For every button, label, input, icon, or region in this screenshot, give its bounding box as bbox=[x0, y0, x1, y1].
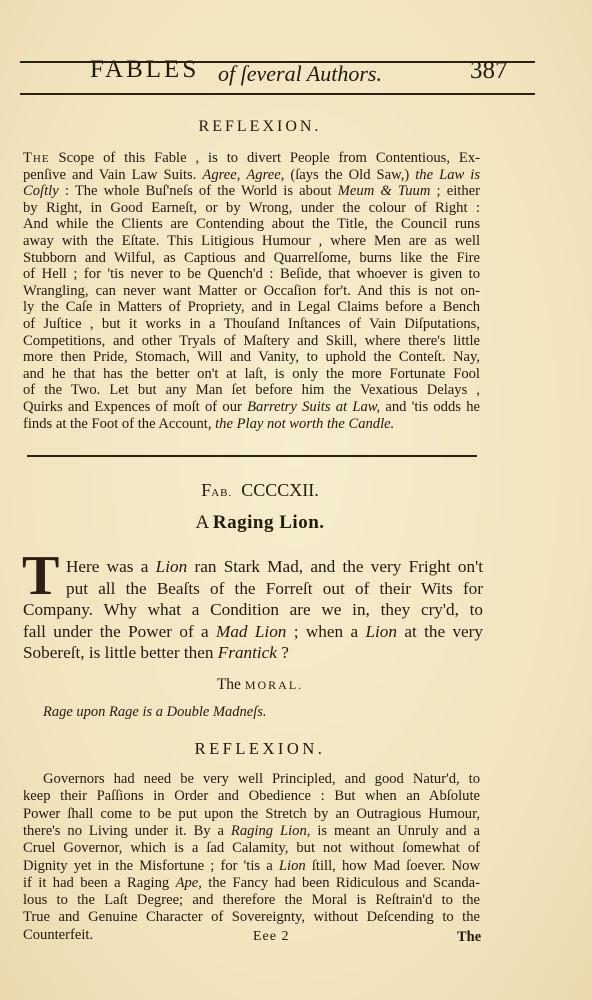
reflexion-heading-1: REFLEXION. bbox=[0, 118, 520, 136]
running-head-title: FABLES bbox=[90, 56, 199, 84]
drop-cap: T bbox=[22, 552, 64, 600]
text-line: fall under the Power of a Mad Lion ; whe… bbox=[23, 621, 483, 643]
moral-heading: The MORAL. bbox=[0, 676, 520, 694]
text-line: Dignity yet in the Misfortune ; for 'tis… bbox=[23, 857, 480, 876]
text-line: Power ſhall come to be put upon the Stre… bbox=[23, 805, 480, 824]
fable-title-blackletter: Raging Lion. bbox=[213, 512, 325, 533]
text-line: Sobereſt, is little better then Frantick… bbox=[23, 642, 483, 664]
header-bottom-rule bbox=[20, 93, 535, 95]
text-line: keep their Paſſions in Order and Obedien… bbox=[23, 787, 480, 806]
text-line: Company. Why what a Condition are we in,… bbox=[23, 599, 483, 621]
running-head: FABLES of ſeveral Authors. 387 bbox=[20, 58, 535, 86]
text-line: Counterfeit. bbox=[23, 926, 480, 945]
fable-number: FAB. CCCCXII. bbox=[0, 480, 520, 501]
catchword: The bbox=[457, 929, 481, 946]
running-head-subtitle: of ſeveral Authors. bbox=[218, 61, 382, 87]
section-separator-rule bbox=[27, 455, 477, 457]
moral-text: Rage upon Rage is a Double Madneſs. bbox=[43, 704, 267, 721]
text-line: if it had been a Raging Ape, the Fancy h… bbox=[23, 874, 480, 893]
text-line: there's no Living under it. By a Raging … bbox=[23, 822, 480, 841]
reflexion-heading-2: REFLEXION. bbox=[0, 739, 520, 759]
text-line: lous to the Laſt Degree; and therefore t… bbox=[23, 891, 480, 910]
text-line: Governors had need be very well Principl… bbox=[23, 770, 480, 789]
fable-title: A Raging Lion. bbox=[0, 512, 520, 534]
book-page: FABLES of ſeveral Authors. 387 REFLEXION… bbox=[0, 0, 592, 1000]
text-line: Cruel Governor, which is a ſad Calamity,… bbox=[23, 839, 480, 858]
page-number: 387 bbox=[470, 57, 508, 85]
text-line: finds at the Foot of the Account, the Pl… bbox=[23, 415, 480, 434]
signature-mark: Eee 2 bbox=[253, 929, 289, 945]
text-line: put all the Beaſts of the Forreſt out of… bbox=[66, 578, 483, 600]
text-line: True and Genuine Character of Sovereignt… bbox=[23, 908, 480, 927]
text-line: Here was a Lion ran Stark Mad, and the v… bbox=[66, 556, 483, 578]
